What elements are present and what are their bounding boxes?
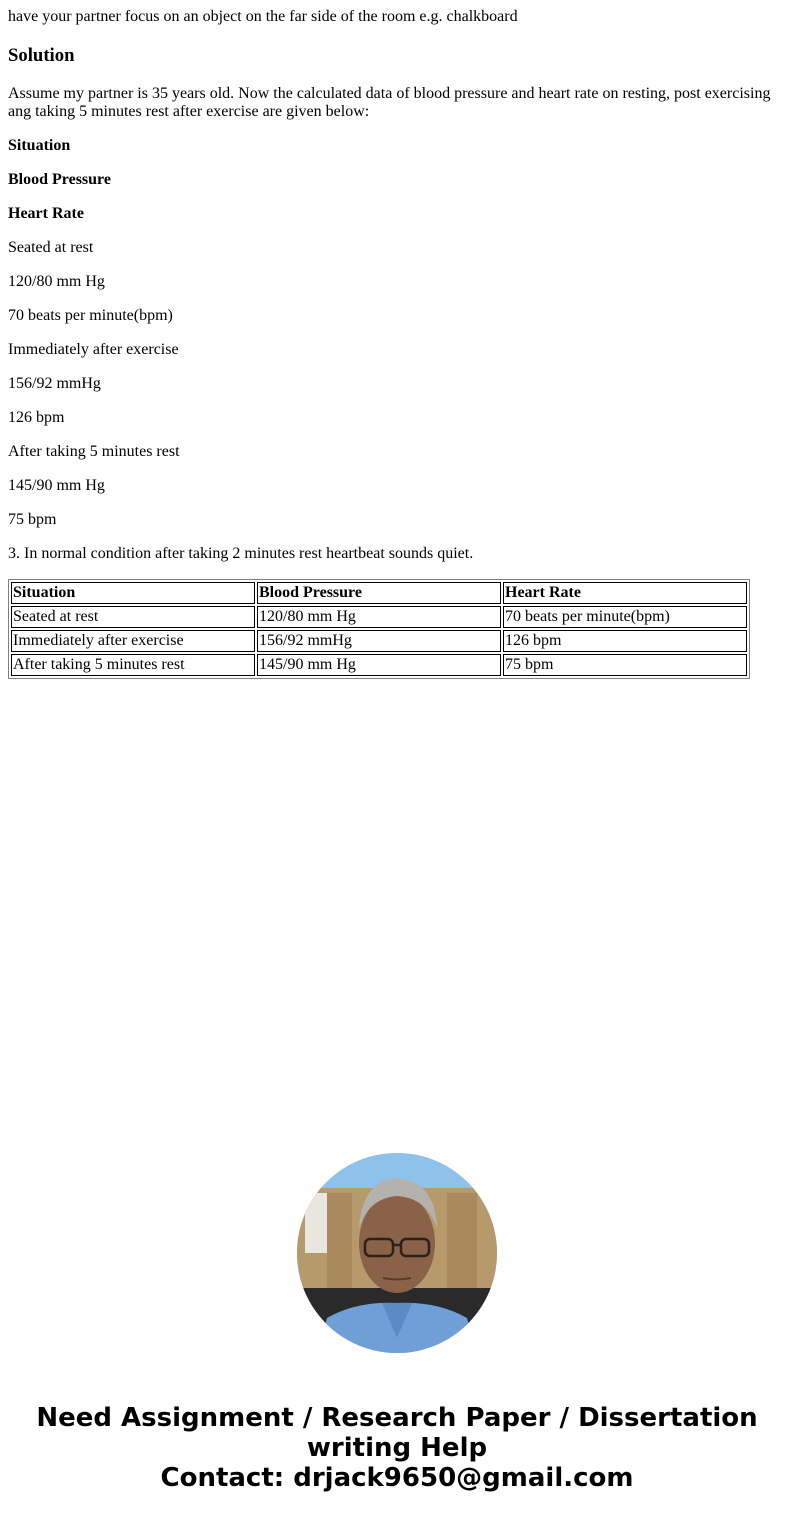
table-cell: 126 bpm — [503, 630, 747, 652]
table-row: Immediately after exercise 156/92 mmHg 1… — [11, 630, 747, 652]
table-row: Seated at rest 120/80 mm Hg 70 beats per… — [11, 606, 747, 628]
list-item: Seated at rest — [8, 239, 180, 273]
promo-banner: Need Assignment / Research Paper / Disse… — [0, 1403, 794, 1493]
list-item: Situation — [8, 137, 180, 171]
table-cell: 120/80 mm Hg — [257, 606, 501, 628]
table-cell: 70 beats per minute(bpm) — [503, 606, 747, 628]
header-cell: Heart Rate — [503, 582, 747, 604]
list-item: Blood Pressure — [8, 171, 180, 205]
table-cell: 145/90 mm Hg — [257, 654, 501, 676]
table-row: After taking 5 minutes rest 145/90 mm Hg… — [11, 654, 747, 676]
header-cell: Blood Pressure — [257, 582, 501, 604]
list-item: After taking 5 minutes rest — [8, 443, 180, 477]
intro-paragraph: have your partner focus on an object on … — [8, 8, 518, 26]
list-item: 120/80 mm Hg — [8, 273, 180, 307]
author-avatar — [297, 1153, 497, 1353]
promo-line: writing Help — [0, 1433, 794, 1463]
promo-line: Need Assignment / Research Paper / Disse… — [0, 1403, 794, 1433]
list-item: Immediately after exercise — [8, 341, 180, 375]
list-item: 126 bpm — [8, 409, 180, 443]
solution-heading: Solution — [8, 45, 74, 67]
table-cell: 75 bpm — [503, 654, 747, 676]
vitals-table: Situation Blood Pressure Heart Rate Seat… — [8, 579, 750, 679]
list-item: 145/90 mm Hg — [8, 477, 180, 511]
data-list: Situation Blood Pressure Heart Rate Seat… — [8, 137, 180, 545]
list-item: 156/92 mmHg — [8, 375, 180, 409]
table-header-row: Situation Blood Pressure Heart Rate — [11, 582, 747, 604]
note-paragraph: 3. In normal condition after taking 2 mi… — [8, 545, 473, 563]
table-cell: Seated at rest — [11, 606, 255, 628]
portrait-icon — [297, 1153, 497, 1353]
table-cell: Immediately after exercise — [11, 630, 255, 652]
contact-email: Contact: drjack9650@gmail.com — [0, 1463, 794, 1493]
table-cell: After taking 5 minutes rest — [11, 654, 255, 676]
header-cell: Situation — [11, 582, 255, 604]
list-item: 75 bpm — [8, 511, 180, 545]
list-item: 70 beats per minute(bpm) — [8, 307, 180, 341]
assumption-paragraph: Assume my partner is 35 years old. Now t… — [8, 85, 786, 121]
table-cell: 156/92 mmHg — [257, 630, 501, 652]
list-item: Heart Rate — [8, 205, 180, 239]
